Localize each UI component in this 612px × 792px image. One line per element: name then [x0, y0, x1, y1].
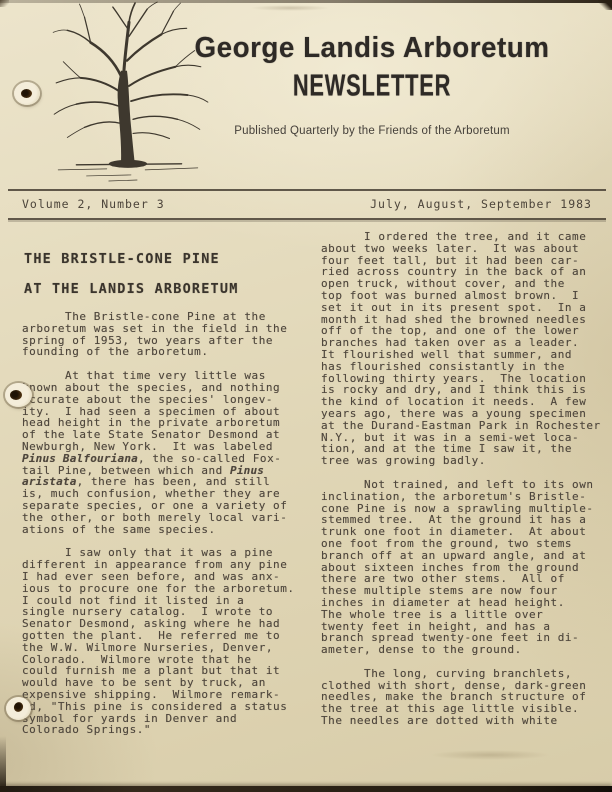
scan-edge-bottom-left	[0, 736, 6, 792]
issue-date: July, August, September 1983	[370, 197, 592, 211]
left-column: THE BRISTLE-CONE PINE AT THE LANDIS ARBO…	[22, 231, 305, 748]
paragraph: At that time very little was known about…	[22, 370, 305, 535]
newsletter-title: George Landis Arboretum	[151, 32, 593, 65]
paragraph: Not trained, and left to its own inclina…	[321, 479, 604, 656]
headline-line-2: AT THE LANDIS ARBORETUM	[24, 274, 305, 304]
headline-line-1: THE BRISTLE-CONE PINE	[24, 244, 305, 274]
scan-corner-top-right	[598, 0, 612, 10]
newsletter-subtitle: NEWSLETTER	[193, 69, 552, 104]
right-column: I ordered the tree, and it came about tw…	[321, 231, 604, 748]
masthead: George Landis Arboretum NEWSLETTER Publi…	[142, 32, 602, 137]
issue-bar: Volume 2, Number 3 July, August, Septemb…	[8, 189, 606, 220]
newsletter-tagline: Published Quarterly by the Friends of th…	[142, 125, 602, 137]
scan-smudge	[250, 5, 330, 11]
punch-hole	[6, 697, 31, 720]
paragraph: The long, curving branchlets, clothed wi…	[321, 668, 604, 727]
punch-hole	[5, 383, 32, 407]
newsletter-scanned-page: George Landis Arboretum NEWSLETTER Publi…	[0, 0, 612, 792]
volume-number: Volume 2, Number 3	[22, 197, 165, 211]
paragraph: The Bristle-cone Pine at the arboretum w…	[22, 311, 305, 358]
punch-hole	[14, 82, 40, 105]
scan-smudge	[430, 750, 550, 760]
scan-corner-top-left	[0, 0, 9, 7]
hole-pit	[21, 89, 32, 98]
paragraph: I saw only that it was a pine different …	[22, 547, 305, 736]
article-body: THE BRISTLE-CONE PINE AT THE LANDIS ARBO…	[22, 231, 604, 748]
hole-pit	[10, 390, 22, 400]
article-headline: THE BRISTLE-CONE PINE AT THE LANDIS ARBO…	[24, 244, 305, 304]
scan-edge-bottom	[0, 786, 612, 792]
scan-edge-top	[0, 0, 612, 3]
paragraph: I ordered the tree, and it came about tw…	[321, 231, 604, 467]
